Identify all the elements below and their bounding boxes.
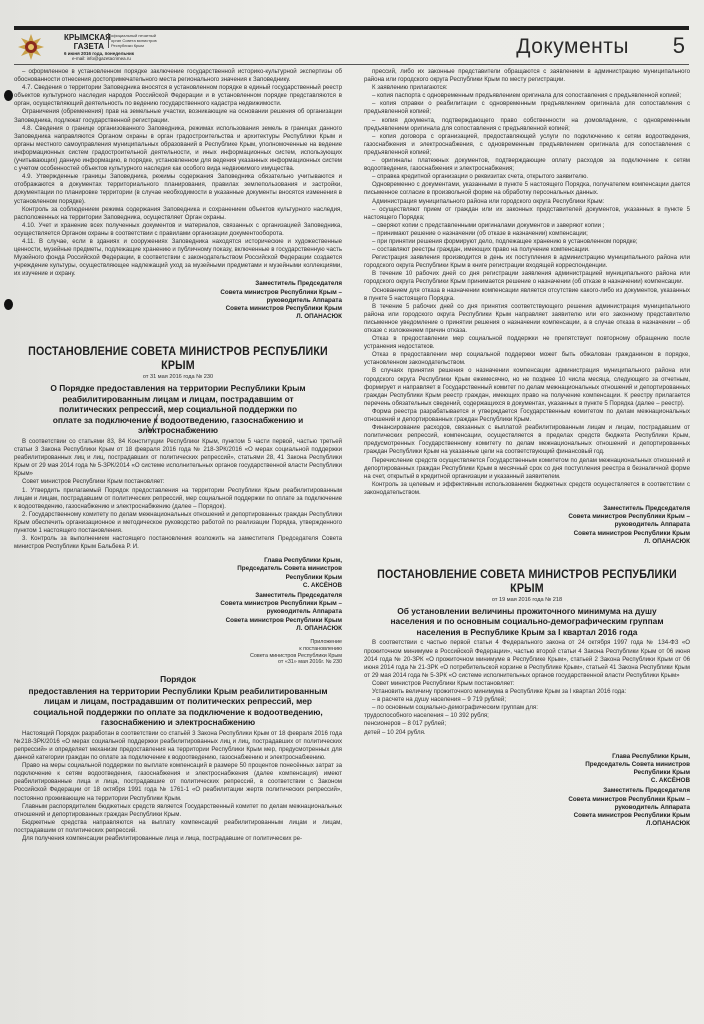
paragraph: 4.8. Сведения о границе организованного …	[14, 125, 342, 174]
paragraph: Отказ в предоставлении мер социальной по…	[364, 335, 690, 351]
decree-title: ПОСТАНОВЛЕНИЕ СОВЕТА МИНИСТРОВ РЕСПУБЛИК…	[27, 345, 329, 373]
brand-line1: КРЫМСКАЯ	[64, 33, 104, 42]
signature-deputy: Заместитель ПредседателяСовета министров…	[364, 787, 690, 828]
appendix-line: от «31» мая 2016г. № 230	[14, 659, 342, 666]
decree2-subtitle: Об установлении величины прожиточного ми…	[364, 606, 690, 638]
paragraph: Администрация муниципального района или …	[364, 198, 690, 206]
group-value: пенсионеров – 8 017 рублей;	[364, 720, 690, 728]
paragraph: В течение 10 рабочих дней со дня регистр…	[364, 270, 690, 286]
paragraph: В соответствии с частью первой статьи 4 …	[364, 639, 690, 679]
signature-line: Совета министров Республики Крым –	[364, 513, 690, 521]
paragraph: Установить величину прожиточного минимум…	[364, 688, 690, 696]
signature-line: Заместитель Председателя	[14, 280, 342, 288]
signature-line: Заместитель Председателя	[364, 787, 690, 795]
signature-line: Л. ОПАНАСЮК	[14, 313, 342, 321]
signature-line: Республики Крым	[14, 574, 342, 582]
decree2-title: ПОСТАНОВЛЕНИЕ СОВЕТА МИНИСТРОВ РЕСПУБЛИК…	[377, 568, 677, 596]
decree-body: В соответствии со статьями 83, 84 Консти…	[14, 438, 342, 551]
signature-line: Совета министров Республики Крым –	[364, 796, 690, 804]
paragraph: 2. Государственному комитету по делам ме…	[14, 511, 342, 535]
paragraph: Одновременно с документами, указанными в…	[364, 181, 690, 197]
paragraph: К заявлению прилагаются:	[364, 84, 690, 92]
crimea-emblem-icon	[18, 34, 44, 60]
decree-subtitle: О Порядке предоставления на территории Р…	[14, 383, 342, 436]
paragraph: 4.11. В случае, если в зданиях и сооруже…	[14, 238, 342, 278]
signature-line: Совета министров Республики Крым	[14, 305, 342, 313]
paragraph: Совет министров Республики Крым постанов…	[364, 680, 690, 688]
paragraph: – копия документа, подтверждающего право…	[364, 117, 690, 133]
signature-line: Л.ОПАНАСЮК	[364, 820, 690, 828]
paragraph: – составляют реестры граждан, имеющих пр…	[364, 246, 690, 254]
newspaper-page: КРЫМСКАЯ ГАЗЕТА официальный печатный орг…	[0, 0, 704, 1024]
brand-line2: ГАЗЕТА	[64, 42, 104, 51]
signature-line: Совета министров Республики Крым	[14, 617, 342, 625]
paragraph: 4.9. Утвержденные границы Заповедника, р…	[14, 173, 342, 205]
paragraph: – осуществляют прием от граждан или их з…	[364, 206, 690, 222]
paragraph: – по основным социально-демографическим …	[364, 704, 690, 712]
signature-line: С. АКСЁНОВ	[14, 582, 342, 590]
brand-subtitle: официальный печатный орган Совета минист…	[108, 33, 166, 48]
ink-mark	[4, 299, 13, 310]
page-number: 5	[673, 33, 685, 59]
paragraph: – принимают решение о назначении (об отк…	[364, 230, 690, 238]
appendix-line: к постановлению	[14, 646, 342, 653]
signature-line: Председатель Совета министров	[14, 565, 342, 573]
signature-line: Совета министров Республики Крым	[364, 530, 690, 538]
appendix-line: Приложение	[14, 639, 342, 646]
paragraph: – копия договора с организацией, предост…	[364, 133, 690, 157]
ink-mark	[4, 90, 13, 101]
decree-date: от 31 мая 2016 года № 230	[14, 373, 342, 382]
decree2-date: от 19 мая 2016 года № 218	[364, 596, 690, 605]
paragraph: В случаях принятия решения о назначении …	[364, 367, 690, 407]
paragraph: Основанием для отказа в назначении компе…	[364, 287, 690, 303]
signature-line: Председатель Совета министров	[364, 761, 690, 769]
paragraph: В соответствии со статьями 83, 84 Консти…	[14, 438, 342, 478]
paragraph: 1. Утвердить прилагаемый Порядок предост…	[14, 487, 342, 511]
decree2-body: В соответствии с частью первой статьи 4 …	[364, 639, 690, 712]
signature-line: Глава Республики Крым,	[14, 557, 342, 565]
signature-line: Заместитель Председателя	[364, 505, 690, 513]
signature-line: руководитель Аппарата	[364, 521, 690, 529]
paragraph: Настоящий Порядок разработан в соответст…	[14, 730, 342, 762]
signature-line: Глава Республики Крым,	[364, 753, 690, 761]
paragraph: Бюджетные средства направляются на выпла…	[14, 819, 342, 835]
signature-deputy: Заместитель ПредседателяСовета министров…	[14, 592, 342, 633]
signature-block: Заместитель ПредседателяСовета министров…	[14, 280, 342, 321]
group-value: трудоспособного населения – 10 392 рубля…	[364, 712, 690, 720]
left-column: – оформленное в установленном порядке за…	[14, 68, 342, 843]
paragraph: Форма реестра разрабатывается и утвержда…	[364, 408, 690, 424]
paragraph: В течение 5 рабочих дней со дня принятия…	[364, 303, 690, 335]
appendix-note: Приложениек постановлениюСовета министро…	[14, 639, 342, 666]
paragraph: Совет министров Республики Крым постанов…	[14, 478, 342, 486]
paragraph: Право на меры социальной поддержки по вы…	[14, 762, 342, 802]
signature-block: Заместитель ПредседателяСовета министров…	[364, 505, 690, 546]
signature-line: руководитель Аппарата	[364, 804, 690, 812]
signature-line: Совета министров Республики Крым –	[14, 289, 342, 297]
email-line: e-mail: info@gazetacrimea.ru	[64, 56, 134, 61]
paragraph: 4.7. Сведения о территории Заповедника в…	[14, 84, 342, 108]
signature-line: Республики Крым	[364, 769, 690, 777]
signature-line: Л. ОПАНАСЮК	[14, 625, 342, 633]
issue-date: 6 июня 2016 года, понедельник e-mail: in…	[64, 51, 134, 61]
signature-line: Л. ОПАНАСЮК	[364, 538, 690, 546]
paragraph: – оригиналы платежных документов, подтве…	[364, 157, 690, 173]
signature-head: Глава Республики Крым,Председатель Совет…	[14, 557, 342, 590]
article-continuation: – оформленное в установленном порядке за…	[14, 68, 342, 278]
paragraph: Перечисление средств осуществляется Госу…	[364, 457, 690, 481]
signature-line: руководитель Аппарата	[14, 608, 342, 616]
paragraph: Для получения компенсации реабилитирован…	[14, 835, 342, 843]
right-column: прессий, либо их законные представители …	[364, 68, 690, 828]
order-body: Настоящий Порядок разработан в соответст…	[14, 730, 342, 843]
paragraph: Главным распорядителем бюджетных средств…	[14, 803, 342, 819]
paragraph: Ограничения (обременения) прав на земель…	[14, 108, 342, 124]
appendix-line: Совета министров Республики Крым	[14, 653, 342, 660]
signature-line: Совета министров Республики Крым	[364, 812, 690, 820]
paragraph: – в расчете на душу населения – 9 719 ру…	[364, 696, 690, 704]
section-title: Документы	[516, 35, 629, 59]
brand-name: КРЫМСКАЯ ГАЗЕТА	[64, 33, 104, 51]
paragraph: 4.10. Учет и хранение всех полученных до…	[14, 222, 342, 238]
paragraph: – при принятии решения формируют дело, п…	[364, 238, 690, 246]
signature-line: Совета министров Республики Крым –	[14, 600, 342, 608]
paragraph: – копия паспорта с одновременным предъяв…	[364, 92, 690, 100]
order-subtitle: предоставления на территории Республики …	[14, 686, 342, 728]
paragraph: 3. Контроль за выполнением настоящего по…	[14, 535, 342, 551]
paragraph: прессий, либо их законные представители …	[364, 68, 690, 84]
paragraph: Контроль за соблюдением режима содержани…	[14, 206, 342, 222]
paragraph: – копия справки о реабилитации с одновре…	[364, 100, 690, 116]
paragraph: – справка кредитной организации о реквиз…	[364, 173, 690, 181]
signature-line: С. АКСЁНОВ	[364, 777, 690, 785]
group-value: детей – 10 204 рубля.	[364, 729, 690, 737]
order-continuation: прессий, либо их законные представители …	[364, 68, 690, 497]
masthead: КРЫМСКАЯ ГАЗЕТА официальный печатный орг…	[14, 30, 689, 65]
signature-line: руководитель Аппарата	[14, 297, 342, 305]
paragraph: – оформленное в установленном порядке за…	[14, 68, 342, 84]
subsistence-groups: трудоспособного населения – 10 392 рубля…	[364, 712, 690, 736]
paragraph: Контроль за целевым и эффективным исполь…	[364, 481, 690, 497]
signature-head: Глава Республики Крым,Председатель Совет…	[364, 753, 690, 786]
order-title: Порядок	[14, 674, 342, 685]
paragraph: Регистрация заявления производится в ден…	[364, 254, 690, 270]
paragraph: Отказ в предоставлении мер социальной по…	[364, 351, 690, 367]
paragraph: – сверяют копии с представленными оригин…	[364, 222, 690, 230]
paragraph: Финансирование расходов, связанных с вып…	[364, 424, 690, 456]
